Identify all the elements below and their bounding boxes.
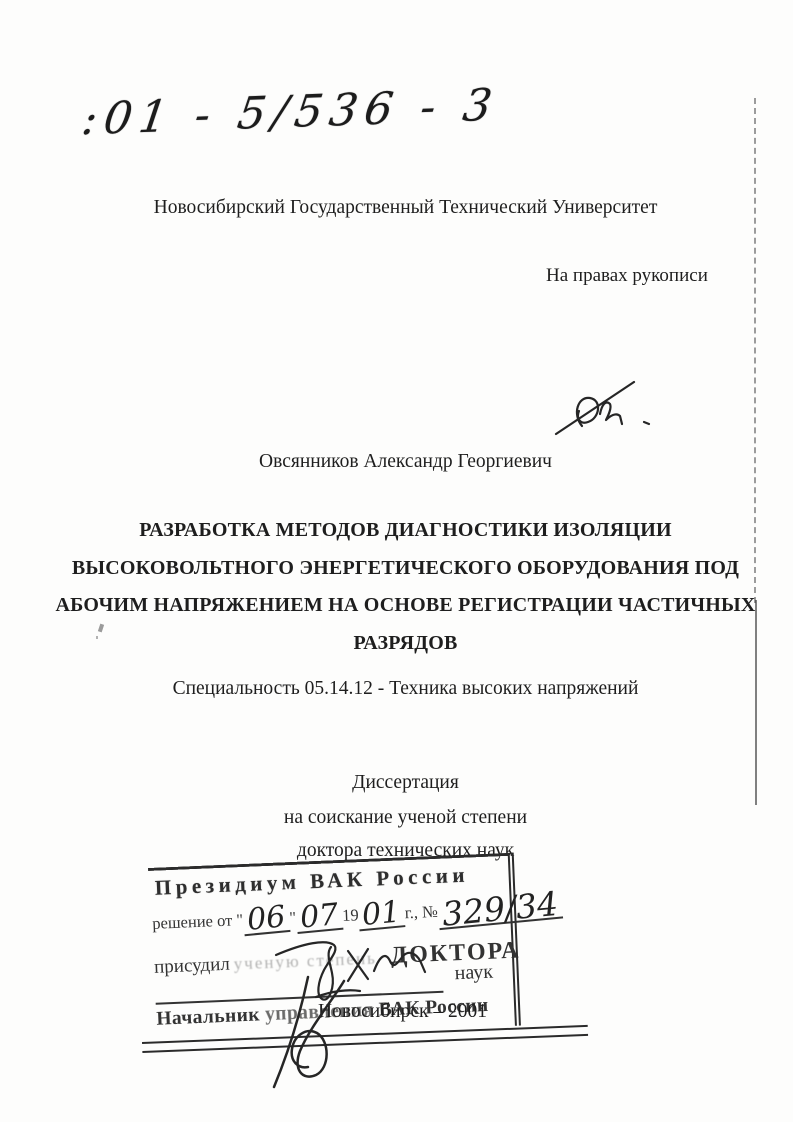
scan-artifact-solid-line — [755, 600, 757, 805]
title-line: РАЗРАБОТКА МЕТОДОВ ДИАГНОСТИКИ ИЗОЛЯЦИИ — [18, 512, 793, 550]
title-line: АБОЧИМ НАПРЯЖЕНИЕМ НА ОСНОВЕ РЕГИСТРАЦИИ… — [18, 587, 793, 625]
title-line: ВЫСОКОВОЛЬТНОГО ЭНЕРГЕТИЧЕСКОГО ОБОРУДОВ… — [18, 550, 793, 588]
signature-icon — [548, 372, 660, 440]
title-line: РАЗРЯДОВ — [18, 625, 793, 663]
university-name: Новосибирский Государственный Технически… — [0, 197, 793, 219]
official-prefix: Начальник — [156, 1004, 260, 1029]
scan-speckle — [96, 636, 98, 639]
author-name: Овсянников Александр Георгиевич — [0, 451, 793, 473]
sciences-word: наук — [454, 961, 493, 986]
specialty-line: Специальность 05.14.12 - Техника высоких… — [0, 678, 793, 700]
manuscript-note: На правах рукописи — [546, 265, 708, 287]
dissertation-label: Диссертация — [0, 772, 793, 794]
call-number-handwriting: :01 - 5/536 - 3 — [79, 79, 502, 145]
stamp-header: Президиум ВАК России — [154, 863, 469, 901]
awarded-word: присудил — [154, 954, 230, 978]
handwritten-number: 329/34 — [437, 891, 563, 931]
degree-line-1: на соискание ученой степени — [0, 807, 793, 829]
bottom-signature-icon — [262, 975, 382, 1090]
scanned-dissertation-title-page: :01 - 5/536 - 3 Новосибирский Государств… — [0, 0, 793, 1122]
decision-prefix: решение от " — [152, 910, 244, 939]
dissertation-title: РАЗРАБОТКА МЕТОДОВ ДИАГНОСТИКИ ИЗОЛЯЦИИ … — [0, 512, 793, 662]
scan-artifact-dashed-line — [754, 98, 756, 603]
